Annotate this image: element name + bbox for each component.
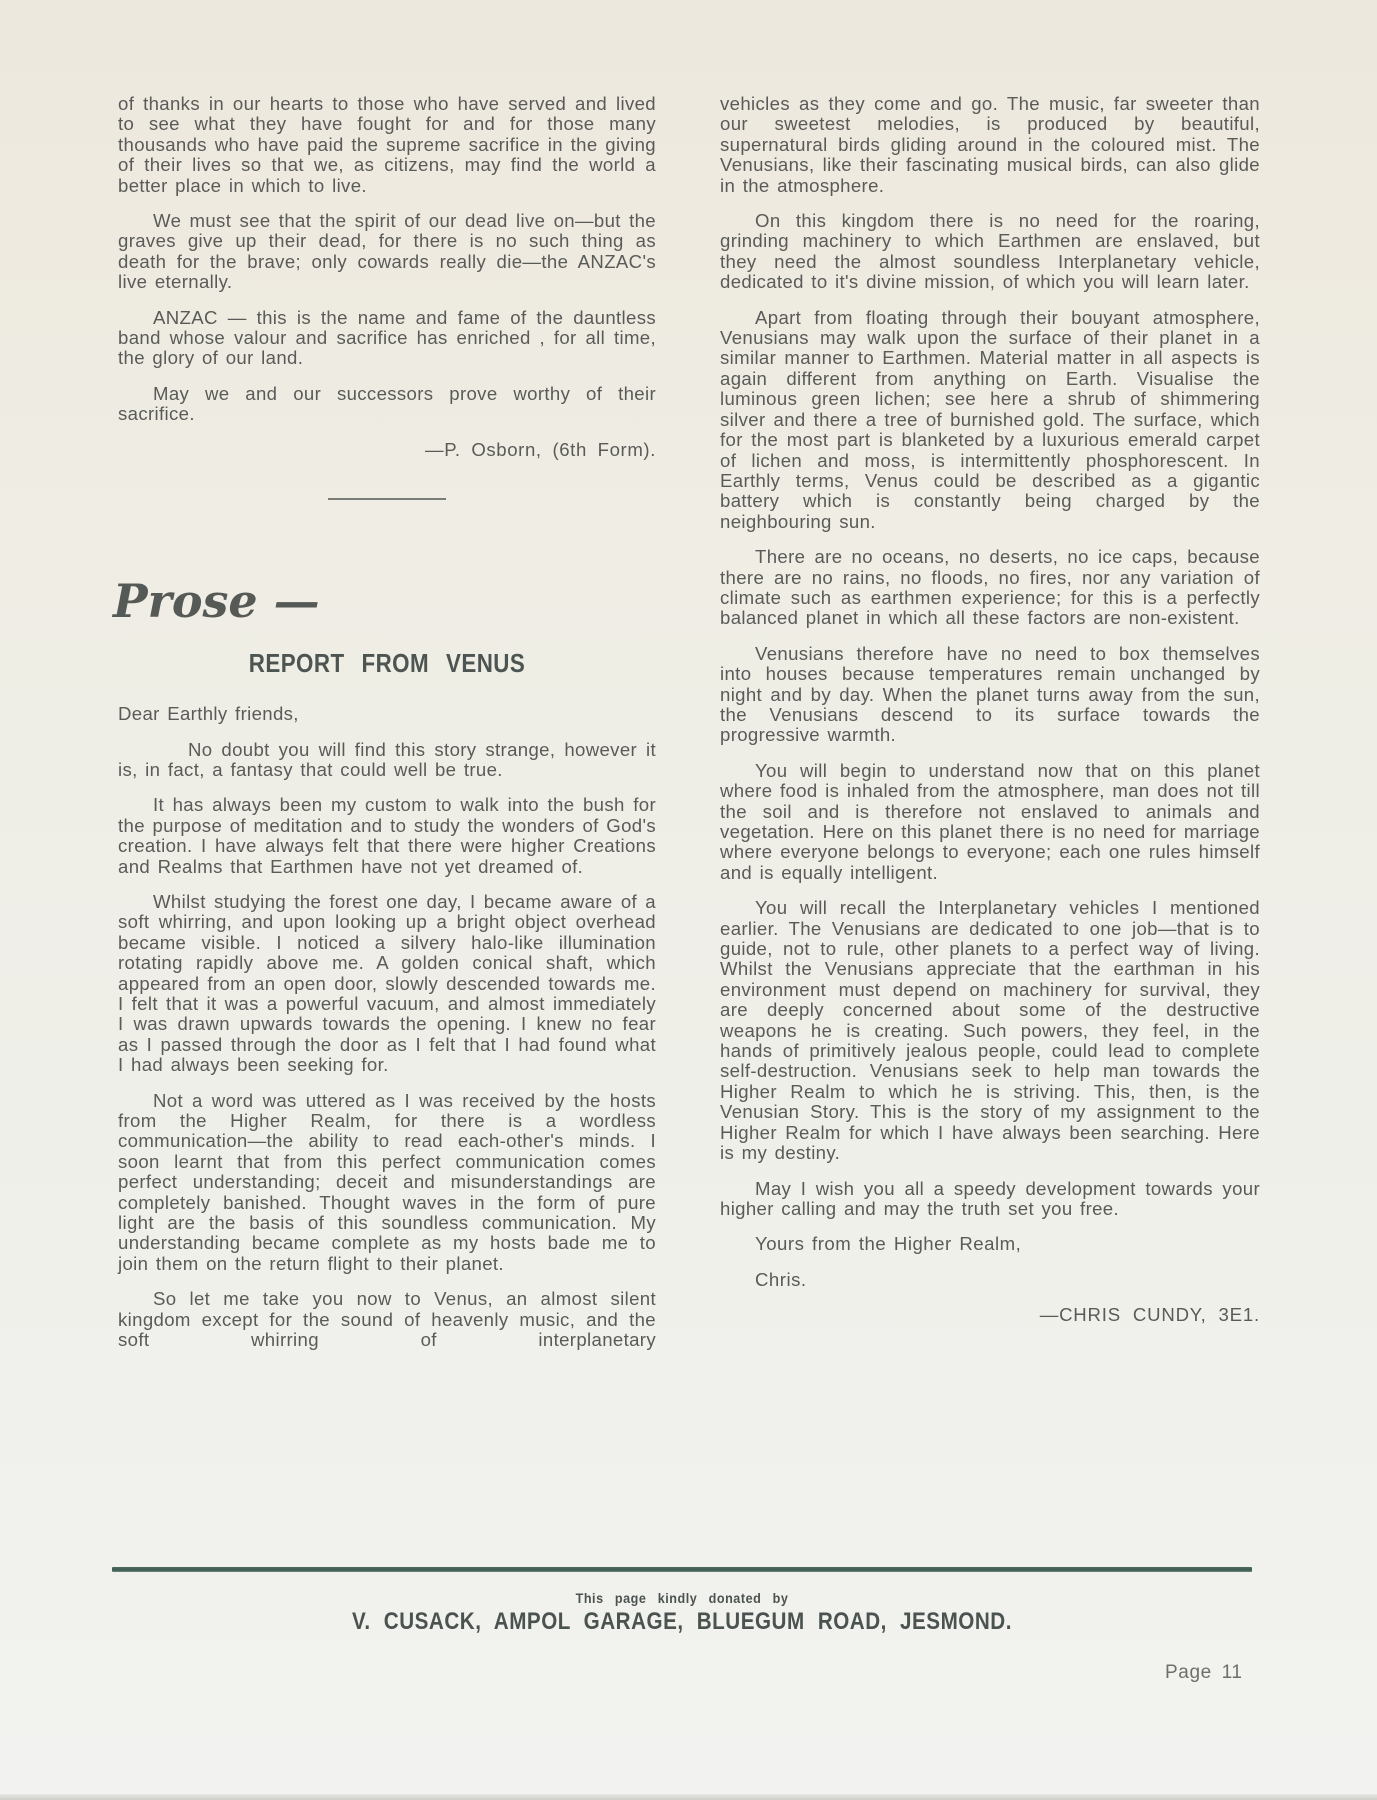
footer-rule [112, 1567, 1252, 1572]
article-paragraph: You will begin to understand now that on… [720, 761, 1260, 883]
article-paragraph: It has always been my custom to walk int… [118, 795, 656, 877]
article-paragraph: vehicles as they come and go. The music,… [720, 94, 1260, 196]
article-paragraph: So let me take you now to Venus, an almo… [118, 1289, 656, 1350]
section-title: Prose — [113, 576, 656, 626]
article-paragraph: Venusians therefore have no need to box … [720, 644, 1260, 746]
article-paragraph: Apart from floating through their bouyan… [720, 308, 1260, 532]
closing-name: Chris. [720, 1270, 1260, 1290]
donation-note: This page kindly donated by [169, 1590, 1195, 1606]
sponsor-block: This page kindly donated by V. CUSACK, A… [112, 1590, 1252, 1636]
article-paragraph: Not a word was uttered as I was received… [118, 1091, 656, 1275]
intro-paragraph: May we and our successors prove worthy o… [118, 384, 656, 425]
article-paragraph: Whilst studying the forest one day, I be… [118, 892, 656, 1076]
article-paragraph: No doubt you will find this story strang… [118, 740, 656, 781]
article-title: REPORT FROM VENUS [156, 648, 619, 678]
page-number: Page 11 [1165, 1662, 1243, 1684]
intro-signature: —P. Osborn, (6th Form). [118, 440, 656, 460]
right-column: vehicles as they come and go. The music,… [720, 94, 1260, 1341]
section-divider [328, 498, 446, 500]
page-edge [0, 1794, 1377, 1800]
article-paragraph: You will recall the Interplanetary vehic… [720, 898, 1260, 1163]
author-signature: —CHRIS CUNDY, 3E1. [720, 1305, 1260, 1325]
closing-line: Yours from the Higher Realm, [720, 1234, 1260, 1254]
sponsor-name: V. CUSACK, AMPOL GARAGE, BLUEGUM ROAD, J… [192, 1608, 1172, 1636]
intro-paragraph: of thanks in our hearts to those who hav… [118, 94, 656, 196]
intro-paragraph: ANZAC — this is the name and fame of the… [118, 308, 656, 369]
left-column: of thanks in our hearts to those who hav… [118, 94, 656, 1365]
article-paragraph: May I wish you all a speedy development … [720, 1179, 1260, 1220]
article-paragraph: On this kingdom there is no need for the… [720, 211, 1260, 293]
intro-paragraph: We must see that the spirit of our dead … [118, 211, 656, 293]
article-paragraph: There are no oceans, no deserts, no ice … [720, 547, 1260, 629]
salutation: Dear Earthly friends, [118, 704, 656, 724]
